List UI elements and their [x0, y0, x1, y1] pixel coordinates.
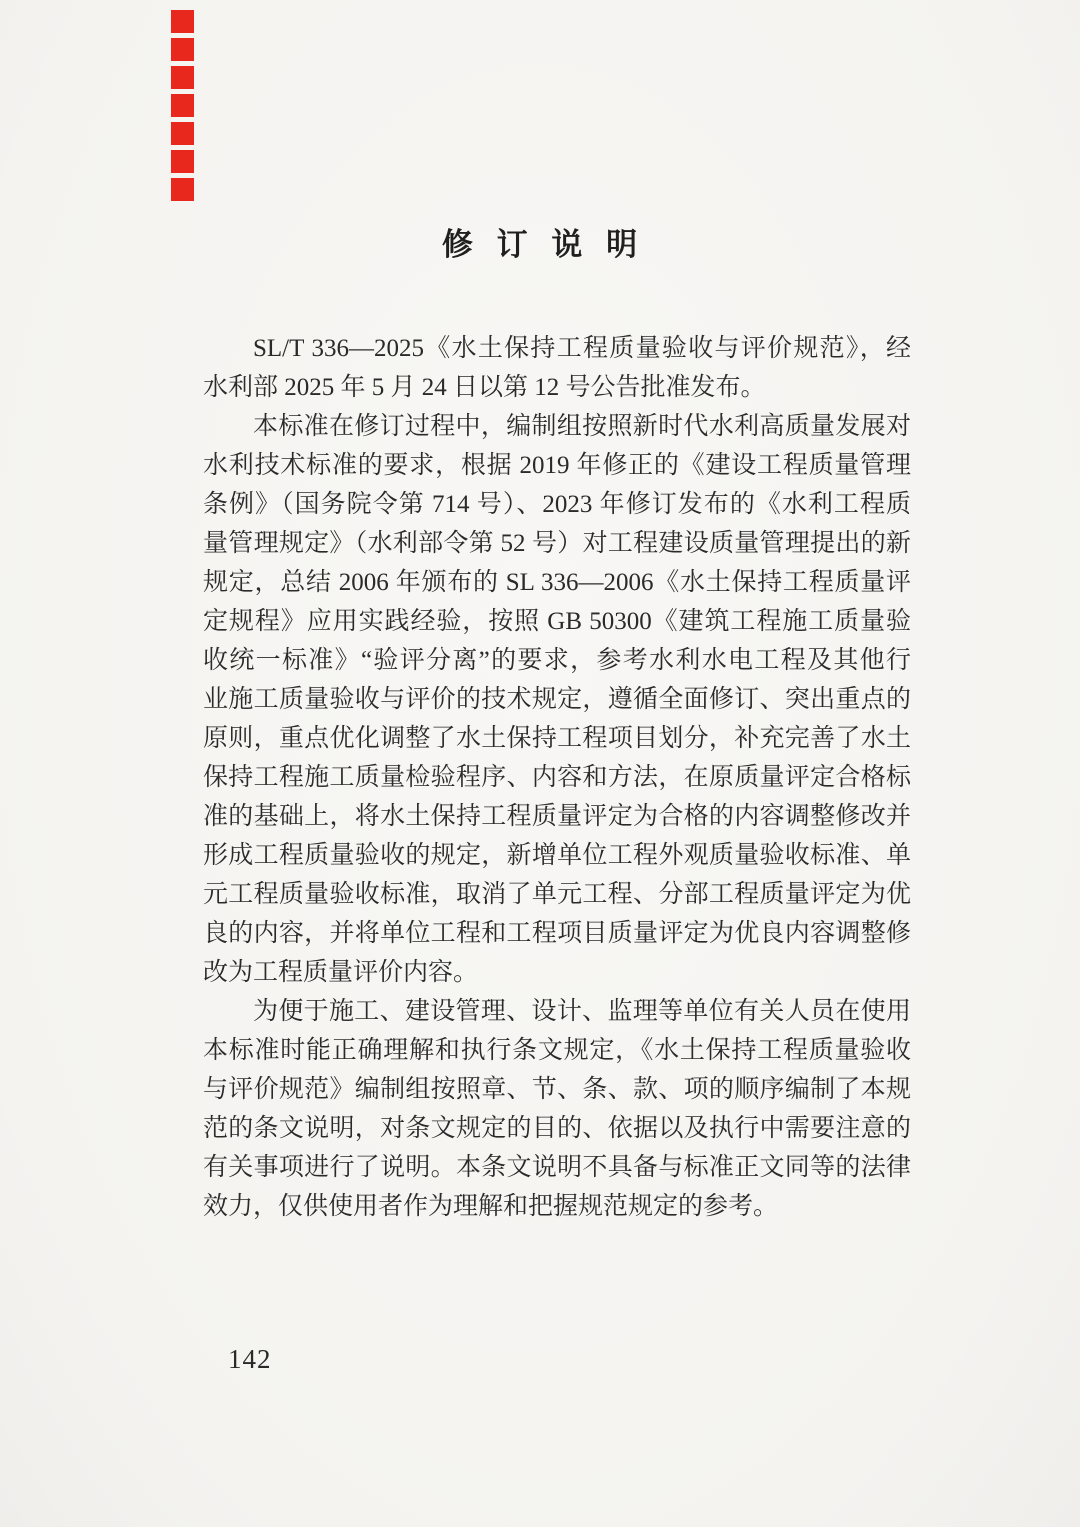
paragraph: SL/T 336—2025《水土保持工程质量验收与评价规范》，经 水利部 202…: [203, 329, 911, 407]
text-line: 效力，仅供使用者作为理解和把握规范规定的参考。: [203, 1187, 911, 1226]
text-line: 水利技术标准的要求，根据 2019 年修正的《建设工程质量管理: [203, 446, 911, 485]
text-line: 定规程》应用实践经验，按照 GB 50300《建筑工程施工质量验: [203, 602, 911, 641]
text-line: SL/T 336—2025《水土保持工程质量验收与评价规范》，经: [203, 329, 911, 368]
text-line: 改为工程质量评价内容。: [203, 953, 911, 992]
text-line: 有关事项进行了说明。本条文说明不具备与标准正文同等的法律: [203, 1148, 911, 1187]
red-square-marker: [171, 122, 194, 145]
text-line: 范的条文说明，对条文规定的目的、依据以及执行中需要注意的: [203, 1109, 911, 1148]
text-line: 业施工质量验收与评价的技术规定，遵循全面修订、突出重点的: [203, 680, 911, 719]
paragraph: 为便于施工、建设管理、设计、监理等单位有关人员在使用 本标准时能正确理解和执行条…: [203, 992, 911, 1226]
paragraph: 本标准在修订过程中，编制组按照新时代水利高质量发展对 水利技术标准的要求，根据 …: [203, 407, 911, 992]
text-line: 规定，总结 2006 年颁布的 SL 336—2006《水土保持工程质量评: [203, 563, 911, 602]
text-line: 形成工程质量验收的规定，新增单位工程外观质量验收标准、单: [203, 836, 911, 875]
text-line: 条例》（国务院令第 714 号）、2023 年修订发布的《水利工程质: [203, 485, 911, 524]
document-page: 修 订 说 明 SL/T 336—2025《水土保持工程质量验收与评价规范》，经…: [0, 0, 1080, 1527]
red-square-marker: [171, 38, 194, 61]
text-line: 为便于施工、建设管理、设计、监理等单位有关人员在使用: [203, 992, 911, 1031]
text-line: 收统一标准》“验评分离”的要求，参考水利水电工程及其他行: [203, 641, 911, 680]
red-square-marker: [171, 94, 194, 117]
page-number: 142: [228, 1342, 272, 1376]
red-square-marker: [171, 150, 194, 173]
text-line: 量管理规定》（水利部令第 52 号）对工程建设质量管理提出的新: [203, 524, 911, 563]
text-line: 良的内容，并将单位工程和工程项目质量评定为优良内容调整修: [203, 914, 911, 953]
text-line: 本标准在修订过程中，编制组按照新时代水利高质量发展对: [203, 407, 911, 446]
text-line: 原则，重点优化调整了水土保持工程项目划分，补充完善了水土: [203, 719, 911, 758]
red-square-marker: [171, 178, 194, 201]
text-line: 保持工程施工质量检验程序、内容和方法，在原质量评定合格标: [203, 758, 911, 797]
red-marker-strip: [171, 10, 194, 201]
document-body: SL/T 336—2025《水土保持工程质量验收与评价规范》，经 水利部 202…: [203, 329, 911, 1226]
text-line: 准的基础上，将水土保持工程质量评定为合格的内容调整修改并: [203, 797, 911, 836]
text-line: 水利部 2025 年 5 月 24 日以第 12 号公告批准发布。: [203, 368, 911, 407]
text-line: 本标准时能正确理解和执行条文规定，《水土保持工程质量验收: [203, 1031, 911, 1070]
text-line: 与评价规范》编制组按照章、节、条、款、项的顺序编制了本规: [203, 1070, 911, 1109]
red-square-marker: [171, 66, 194, 89]
page-title: 修 订 说 明: [0, 224, 1080, 266]
red-square-marker: [171, 10, 194, 33]
text-line: 元工程质量验收标准，取消了单元工程、分部工程质量评定为优: [203, 875, 911, 914]
